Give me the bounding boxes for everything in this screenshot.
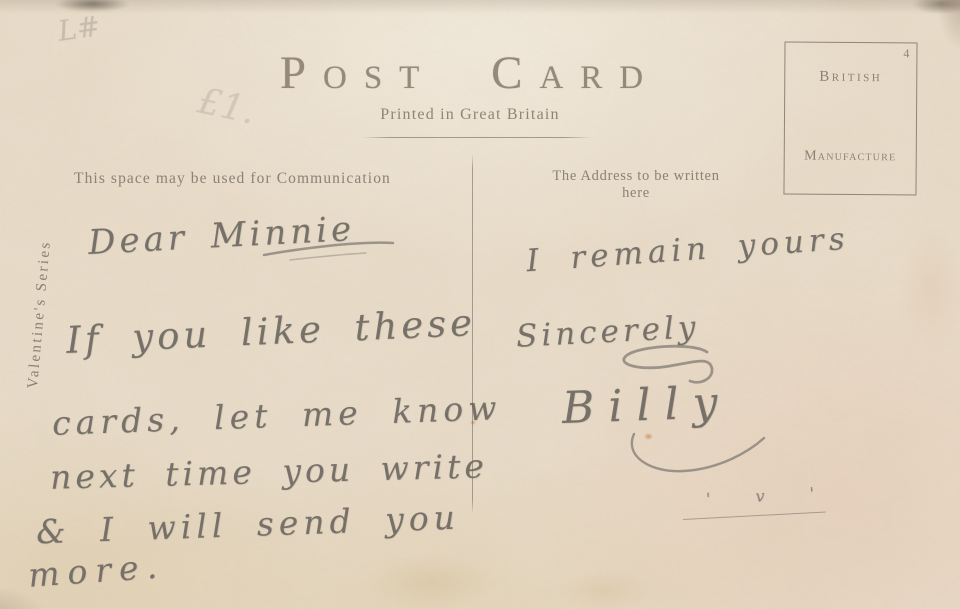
message-line: If you like these — [65, 301, 477, 362]
publisher-series-text: Valentine's Series — [24, 226, 56, 403]
postcard-scan: Post Card Printed in Great Britain 4 Bri… — [0, 0, 960, 609]
stamp-box-line1: British — [785, 69, 916, 87]
salutation-flourish — [262, 236, 397, 264]
stamp-box-line2: Manufacture — [785, 149, 916, 166]
message-line: & I will send you — [35, 498, 460, 552]
imprint-rule — [362, 137, 592, 138]
stamp-box: 4 British Manufacture — [783, 42, 917, 196]
top-right-corner-shadow — [938, 0, 960, 48]
message-line: cards, let me know — [51, 388, 502, 443]
bottom-stain — [363, 553, 498, 609]
stamp-corner-mark: 4 — [903, 46, 909, 61]
signature: Billy — [561, 377, 732, 434]
pencil-scribble: L# — [56, 9, 102, 48]
pencil-underline — [683, 512, 826, 521]
address-note: The Address to be written here — [528, 168, 744, 202]
signature-flourish — [622, 428, 772, 482]
address-note-line2: here — [528, 185, 744, 202]
address-note-line1: The Address to be written — [528, 168, 744, 185]
communication-note: This space may be used for Communication — [74, 170, 391, 188]
bottom-stain — [558, 570, 653, 609]
right-edge-stain — [896, 225, 960, 350]
closing-line: I remain yours — [525, 221, 850, 279]
message-line: next time you write — [50, 446, 489, 496]
top-right-smudge — [912, 0, 960, 14]
kiss-marks: ' v ' — [706, 483, 835, 509]
message-line: more. — [27, 546, 166, 594]
